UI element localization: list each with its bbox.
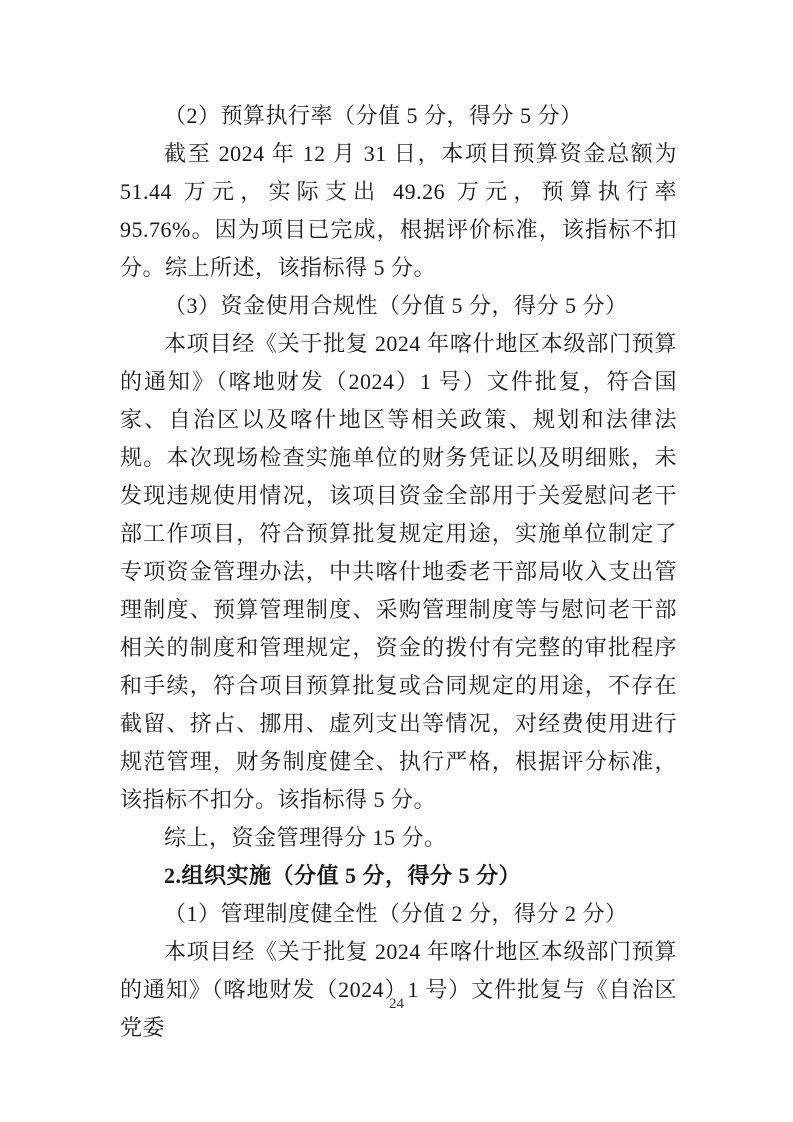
paragraph: 综上，资金管理得分 15 分。	[120, 819, 677, 857]
document-body: （2）预算执行率（分值 5 分，得分 5 分）截至 2024 年 12 月 31…	[120, 97, 677, 1047]
paragraph: 本项目经《关于批复 2024 年喀什地区本级部门预算的通知》（喀地财发（2024…	[120, 933, 677, 1047]
section-heading: 2.组织实施（分值 5 分，得分 5 分）	[120, 857, 677, 895]
document-page: （2）预算执行率（分值 5 分，得分 5 分）截至 2024 年 12 月 31…	[0, 0, 793, 1122]
paragraph: （2）预算执行率（分值 5 分，得分 5 分）	[120, 97, 677, 135]
page-footer: 24	[0, 995, 793, 1013]
paragraph: （1）管理制度健全性（分值 2 分，得分 2 分）	[120, 895, 677, 933]
paragraph: 本项目经《关于批复 2024 年喀什地区本级部门预算的通知》（喀地财发（2024…	[120, 325, 677, 819]
paragraph: 截至 2024 年 12 月 31 日，本项目预算资金总额为 51.44 万元，…	[120, 135, 677, 287]
paragraph: （3）资金使用合规性（分值 5 分，得分 5 分）	[120, 287, 677, 325]
page-number: 24	[389, 996, 404, 1012]
